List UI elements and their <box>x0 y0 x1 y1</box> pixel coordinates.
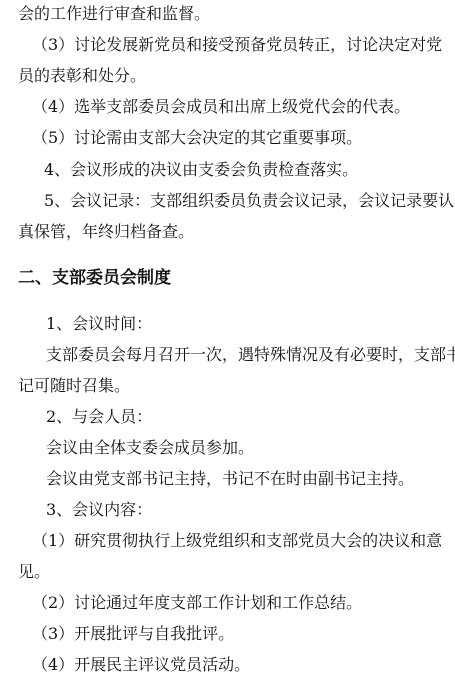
paragraph-line: 记可随时召集。 <box>18 376 130 396</box>
paragraph-line: 2、与会人员： <box>46 407 152 427</box>
paragraph-line: 5、会议记录：支部组织委员负责会议记录，会议记录要认 <box>44 191 454 211</box>
paragraph-line: 3、会议内容： <box>46 500 152 520</box>
paragraph-line: 见。 <box>18 562 50 582</box>
section-heading: 二、支部委员会制度 <box>18 268 171 288</box>
paragraph-line: （4）选举支部委员会成员和出席上级党代会的代表。 <box>32 97 410 117</box>
paragraph-line: 真保管，年终归档备查。 <box>18 222 194 242</box>
paragraph-line: （2）讨论通过年度支部工作计划和工作总结。 <box>32 593 362 613</box>
paragraph-line: 4、会议形成的决议由支委会负责检查落实。 <box>44 160 358 180</box>
paragraph-line: 员的表彰和处分。 <box>18 66 146 86</box>
paragraph-line: （5）讨论需由支部大会决定的其它重要事项。 <box>32 128 362 148</box>
paragraph-line: （3）开展批评与自我批评。 <box>32 624 234 644</box>
paragraph-line: 会议由全体支委会成员参加。 <box>46 438 254 458</box>
paragraph-line: 1、会议时间： <box>46 314 152 334</box>
paragraph-line: （3）讨论发展新党员和接受预备党员转正，讨论决定对党 <box>32 35 442 55</box>
paragraph-line: 支部委员会每月召开一次，遇特殊情况及有必要时，支部书 <box>46 345 455 365</box>
paragraph-line: 会议由党支部书记主持，书记不在时由副书记主持。 <box>46 469 414 489</box>
paragraph-line: （1）研究贯彻执行上级党组织和支部党员大会的决议和意 <box>32 531 442 551</box>
paragraph-line: 会的工作进行审查和监督。 <box>18 4 210 24</box>
paragraph-line: （4）开展民主评议党员活动。 <box>32 655 250 675</box>
